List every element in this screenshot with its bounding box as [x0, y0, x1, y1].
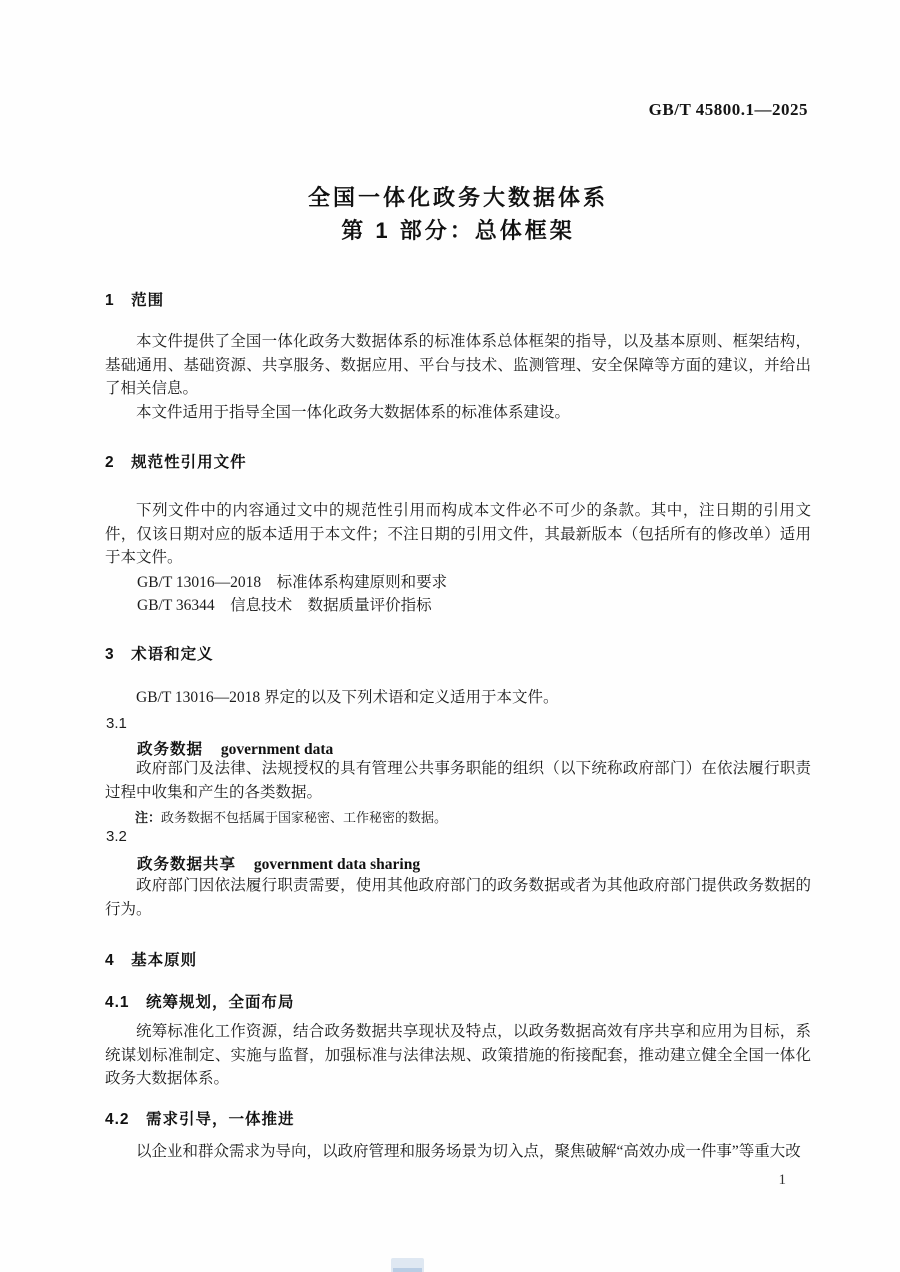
section-3-heading: 3 术语和定义: [105, 642, 811, 664]
term-3-1-number: 3.1: [106, 715, 127, 732]
document-title: 全国一体化政务大数据体系 第 1 部分：总体框架: [105, 181, 811, 247]
section-1-paragraph-1: 本文件提供了全国一体化政务大数据体系的标准体系总体框架的指导，以及基本原则、框架…: [105, 330, 811, 401]
term-3-2-zh: 政务数据共享: [137, 856, 236, 873]
section-4-1-paragraph: 统筹标准化工作资源，结合政务数据共享现状及特点，以政务数据高效有序共享和应用为目…: [105, 1020, 811, 1091]
term-3-1-zh: 政务数据: [137, 741, 203, 758]
section-2-heading: 2 规范性引用文件: [105, 450, 811, 472]
title-line-2: 第 1 部分：总体框架: [105, 214, 811, 247]
section-4-1-heading: 4.1 统筹规划，全面布局: [105, 990, 811, 1012]
normative-reference-2: GB/T 36344 信息技术 数据质量评价指标: [137, 594, 811, 618]
term-3-2-number: 3.2: [106, 828, 127, 845]
section-4-2-heading: 4.2 需求引导，一体推进: [105, 1107, 811, 1129]
page-number: 1: [779, 1172, 787, 1189]
title-line-1: 全国一体化政务大数据体系: [105, 181, 811, 214]
document-page: GB/T 45800.1—2025 全国一体化政务大数据体系 第 1 部分：总体…: [0, 0, 900, 1272]
term-3-1-en: government data: [221, 741, 333, 758]
note-label: 注：: [135, 810, 161, 825]
term-3-2-title: 政务数据共享 government data sharing: [137, 852, 811, 874]
normative-reference-1: GB/T 13016—2018 标准体系构建原则和要求: [137, 571, 811, 595]
section-1-paragraph-2: 本文件适用于指导全国一体化政务大数据体系的标准体系建设。: [105, 401, 811, 425]
section-2-paragraph-1: 下列文件中的内容通过文中的规范性引用而构成本文件必不可少的条款。其中，注日期的引…: [105, 499, 811, 570]
section-3-intro: GB/T 13016—2018 界定的以及下列术语和定义适用于本文件。: [105, 686, 811, 710]
section-4-heading: 4 基本原则: [105, 948, 811, 970]
watermark-stripe: [393, 1268, 422, 1272]
watermark-logo: [391, 1258, 424, 1272]
term-3-1-definition: 政府部门及法律、法规授权的具有管理公共事务职能的组织（以下统称政府部门）在依法履…: [105, 757, 811, 804]
term-3-2-en: government data sharing: [254, 856, 420, 873]
term-3-1-note: 注：政务数据不包括属于国家秘密、工作秘密的数据。: [135, 808, 811, 827]
section-1-heading: 1 范围: [105, 288, 811, 310]
term-3-1-title: 政务数据 government data: [137, 737, 811, 759]
term-3-2-definition: 政府部门因依法履行职责需要，使用其他政府部门的政务数据或者为其他政府部门提供政务…: [105, 874, 811, 921]
section-4-2-paragraph: 以企业和群众需求为导向，以政府管理和服务场景为切入点，聚焦破解“高效办成一件事”…: [105, 1140, 811, 1164]
note-text: 政务数据不包括属于国家秘密、工作秘密的数据。: [161, 810, 447, 825]
standard-number: GB/T 45800.1—2025: [649, 100, 808, 120]
